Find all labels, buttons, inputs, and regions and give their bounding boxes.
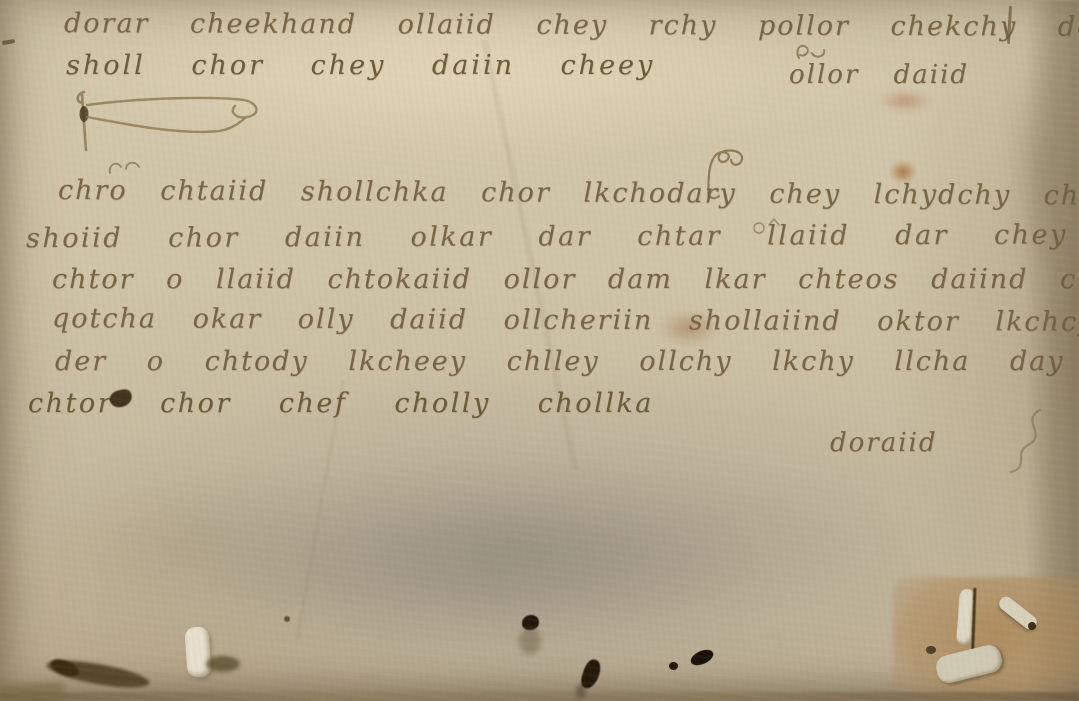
patch-dark-dot-1 [1028, 622, 1036, 630]
paragraph-tail-word: doraiid [830, 428, 938, 458]
parchment-hole-light [184, 626, 211, 678]
paragraph-line-3: chtor o llaiid chtokaiid ollor dam lkar … [52, 264, 1079, 295]
crease-line-2 [60, 380, 580, 640]
fold-smudge-right [1008, 60, 1066, 290]
brown-stain [889, 160, 917, 184]
page-bottom-edge [0, 692, 1079, 701]
paragraph-line-1: chro chtaiid shollchka chor lkchodary ch… [58, 175, 1079, 212]
faint-squiggle-mark [998, 405, 1058, 477]
oblong-hole [688, 647, 715, 669]
hole-shadow-smudge [206, 656, 240, 672]
superscript-loop-mark [792, 40, 836, 66]
calligraphic-flourish [58, 90, 273, 158]
parchment-shadow-center [120, 450, 900, 630]
parchment-warm-left [20, 470, 340, 610]
manuscript-page: dorar cheekhand ollaiid chey rchy pollor… [0, 0, 1079, 701]
header-line-2: sholl chor chey daiin cheey [66, 50, 655, 81]
dark-spot-fade [519, 627, 541, 655]
header-line-1: dorar cheekhand ollaiid chey rchy pollor… [64, 8, 1079, 43]
paragraph-line-4: qotcha okar olly daiid ollcheriin sholla… [52, 303, 1079, 338]
tiny-dot [284, 616, 290, 622]
red-smudge-paragraph [658, 310, 720, 346]
round-hole [669, 662, 678, 670]
patch-dark-dot-2 [926, 646, 936, 654]
bottom-left-corner-shadow [0, 682, 65, 701]
parchment-shadow-center-2 [210, 505, 770, 655]
left-edge-ink-dash [2, 39, 15, 45]
red-smudge-under-tail [878, 90, 932, 112]
paragraph-line-2: shoiid chor daiin olkar dar chtar llaiid… [26, 219, 1079, 254]
damage-patch [893, 577, 1079, 701]
paragraph-line-5: der o chtody lkcheey chlley ollchy lkchy… [55, 346, 1079, 377]
